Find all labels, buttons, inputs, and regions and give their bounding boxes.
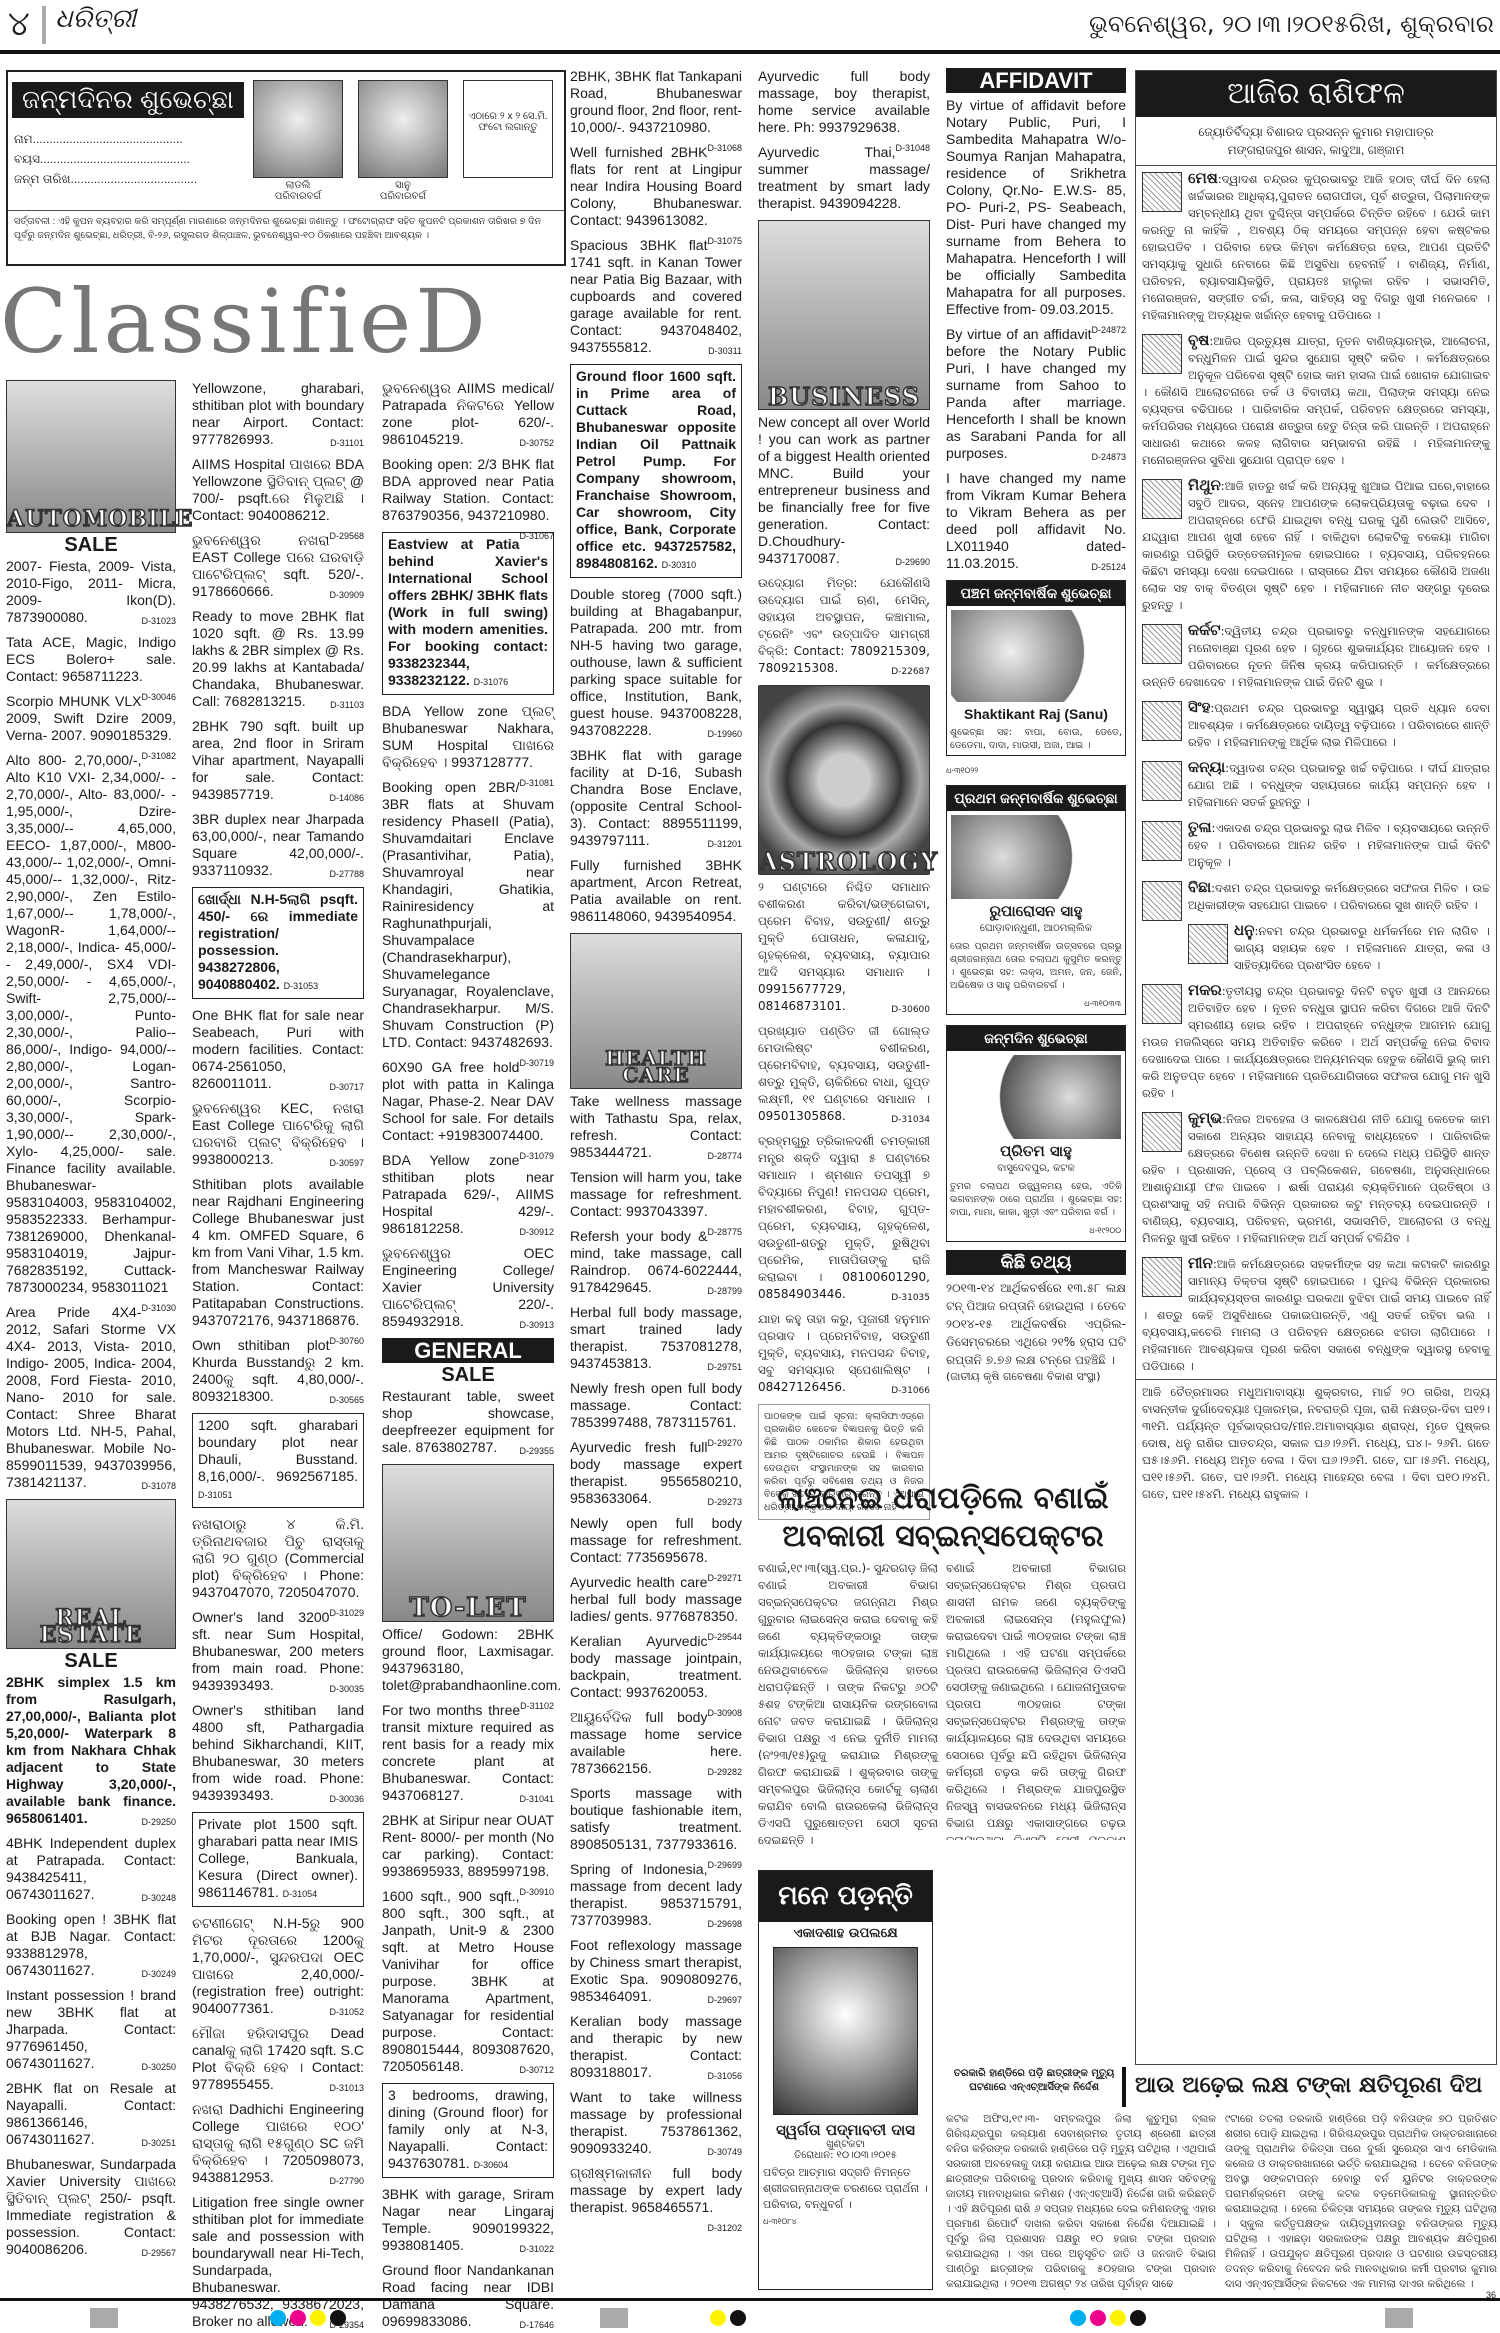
boxed-ad: Private plot 1500 sqft. gharabari patta …: [192, 1812, 364, 1907]
lion-icon: [1142, 701, 1182, 741]
classified-ad: ନଖରାଠାରୁ ୪ କି.ମି. ତ୍ରିନାଥବଜାର ପିଚୁ ରାସ୍ତ…: [192, 1516, 364, 1601]
news-body: ୯ଟାରେ ତତଲା ତରକାରି ହାଣ୍ଡିରେ ପଡ଼ି ବନିତାଙ୍କ…: [1225, 2112, 1497, 2292]
classified-ad: Owner's sthitiban land 4800 sft, Patharg…: [192, 1702, 364, 1804]
classified-ad: Office/ Godown: 2BHK ground floor, Laxmi…: [382, 1626, 554, 1694]
classified-ad: Spacious 3BHK flat 1741 sqft. in Kanan T…: [570, 237, 742, 356]
classified-ad: ନଖରା Dadhichi Engineering College ପାଖରେ …: [192, 2101, 364, 2186]
dob-field[interactable]: ଜନ୍ମ ତାରିଖ..............................…: [14, 172, 197, 187]
classified-ad: BDA Yellow zone ପ୍ଲଟ୍ Bhubaneswar Nakhar…: [382, 703, 554, 771]
classified-ad: Sports massage with boutique fashionable…: [570, 1785, 742, 1853]
classified-ad: 4BHK Independent duplex at Patrapada. Co…: [6, 1835, 176, 1903]
sale-heading: SALE: [6, 1653, 176, 1670]
classified-ad: Instant possession ! brand new 3BHK flat…: [6, 1987, 176, 2072]
astrologer-byline: ଜ୍ୟୋତିର୍ବିଦ୍ୟା ବିଶାରଦ ପ୍ରସନ୍ନ କୁମାର ମହାପ…: [1136, 117, 1496, 166]
classified-ad: Tension will harm you, take massage for …: [570, 1169, 742, 1220]
health-care-image: HEALTH CARE: [570, 933, 742, 1089]
coupon-terms: ସର୍ତ୍ତାବଳୀ : ଏହି କୁପନ ବ୍ୟବହାର କରି ସମ୍ପୂର…: [8, 210, 564, 247]
registration-bar: [90, 2308, 118, 2328]
column-business-astrology: Ayurvedic full body massage, boy therapi…: [758, 68, 930, 1520]
age-field[interactable]: ବୟସ.....................................…: [14, 152, 190, 167]
affidavit-heading: AFFIDAVIT: [946, 68, 1126, 93]
column-affidavit-greetings: AFFIDAVIT By virtue of affidavit before …: [946, 68, 1126, 1385]
classified-ad: ଭୁବନେଶ୍ୱର AIIMS medical/ Patrapada ନିକଟର…: [382, 380, 554, 448]
classified-ad: ଯାହା କହୁ ତାହା କରୁ, ପୂଜାରୀ ହନୁମାନ ପ୍ରସାଦ …: [758, 1311, 930, 1396]
horoscope-sign: ବିଛା:ଦଶମ ଚନ୍ଦ୍ର ପ୍ରଭାବରୁ କର୍ମକ୍ଷେତ୍ରରେ ସ…: [1136, 875, 1496, 918]
classified-ad: 3BR duplex near Jharpada 63,00,000/-, ne…: [192, 811, 364, 879]
affidavit-notice: By virtue of an affidavit before the Not…: [946, 326, 1126, 462]
photo-placeholder[interactable]: ଏଠାରେ ୨ x ୨ ସେ.ମି. ଫଟୋ ଲଗାନ୍ତୁ: [463, 80, 553, 178]
classified-ad: One BHK flat for sale near Seabeach, Pur…: [192, 1007, 364, 1092]
horoscope-sign: ଧନୁ:ନବମ ଚନ୍ଦ୍ର ପ୍ରଭାବରୁ ଧର୍ମକର୍ମରେ ମନ ଲା…: [1136, 918, 1496, 978]
boxed-ad: 3 bedrooms, drawing, dining (Ground floo…: [382, 2083, 554, 2178]
classified-ad: 3BHK flat with garage facility at D-16, …: [570, 747, 742, 849]
classified-ad: ୨ ଘଣ୍ଟାରେ ନିଶ୍ଚିତ ସମାଧାନ ବଶୀକରଣ କରିବା/ଭଙ…: [758, 879, 930, 1015]
column-to-let-health: 2BHK, 3BHK flat Tankapani Road, Bhubanes…: [570, 68, 742, 2237]
panji-almanac: ଆଜି ଚୈତ୍ରମାସର ମଧୁଅମାବାସ୍ୟା ଶୁକ୍ରବାର, ମାର…: [1136, 1379, 1496, 1507]
classified-ad: ବ୍ରହ୍ମଗୁରୁ ତ୍ରିକାଳଦର୍ଶୀ ଚମତ୍କାରୀ ମନ୍ତ୍ର …: [758, 1133, 930, 1303]
real-estate-image: REAL ESTATE: [6, 1499, 176, 1649]
archer-icon: [1188, 924, 1228, 964]
classified-ad: For two months three transit mixture req…: [382, 1702, 554, 1804]
automobile-image: AUTOMOBILE: [6, 380, 176, 533]
registration-bar: [600, 2308, 628, 2328]
child-photo-1: [253, 80, 343, 178]
classified-ad: Alto 800- 2,70,000/-, Alto K10 VXI- 2,34…: [6, 752, 176, 1296]
classified-ad: 2BHK at Siripur near OUAT Rent- 8000/- p…: [382, 1812, 554, 1880]
horoscope-title: ଆଜିର ରାଶିଫଳ: [1136, 71, 1496, 117]
boxed-ad: Eastview at Patia behind Xavier's Intern…: [382, 532, 554, 695]
classified-ad: New concept all over World ! you can wor…: [758, 414, 930, 567]
black-registration-dot: [730, 2310, 746, 2326]
classified-ad: 2BHK, 3BHK flat Tankapani Road, Bhubanes…: [570, 68, 742, 136]
classified-ad: ଗ୍ରୀଷ୍ମକାଳୀନ full body massage by expert…: [570, 2165, 742, 2216]
child-photo-2: [358, 80, 448, 178]
classified-ad: Booking open ! 3BHK flat at BJB Nagar. C…: [6, 1911, 176, 1979]
classified-ad: AIIMS Hospital ପାଖରେ BDA Yellowzone ସ୍ଥି…: [192, 456, 364, 524]
sale-heading: SALE: [6, 537, 176, 554]
goat-icon: [1142, 984, 1182, 1024]
news-headline: ଲାଞ୍ଚନେଇ ଧରାପଡ଼ିଲେ ବଣାଇଁ ଅବକାରୀ ସବ୍ଇନ୍ସପ…: [758, 1480, 1128, 1556]
black-registration-dot: [1130, 2310, 1146, 2326]
birthday-coupon: ଜନ୍ମଦିନର ଶୁଭେଚ୍ଛା ନାମ...................…: [6, 70, 566, 266]
news-body: ବଣାଇଁ,୧୯।୩(ସ୍ୱ.ପ୍ର.)- ସୁନ୍ଦରଗଡ଼ ଜିଲା ବଣା…: [758, 1560, 938, 1849]
horoscope-sign: ମିଥୁନ:ଆଜି ହାତରୁ ଖର୍ଚ୍ଚ କରି ଅନ୍ୟକୁ ଖୁଆଇ ପ…: [1136, 473, 1496, 618]
dateline: ଭୁବନେଶ୍ୱର, ୨୦।୩।୨୦୧୫ରିଖ, ଶୁକ୍ରବାର: [1089, 10, 1494, 38]
classified-ad: Area Pride 4X4- 2012, Safari Storme VX 4…: [6, 1304, 176, 1491]
memorial-notice: ମନେ ପଡ଼ନ୍ତି ଏକାଦଶାହ ଉପଲକ୍ଷେ ସ୍ୱର୍ଗତା ପଦ୍…: [758, 1870, 933, 2290]
column-real-estate-2: Yellowzone, gharabari, sthitiban plot wi…: [192, 380, 364, 2333]
classified-ad: ଉଦ୍ୟୋଗ ମିତ୍ର: ଯେକୌଣସି ଉଦ୍ୟୋଗ ପାଇଁ ଋଣ, ମେ…: [758, 575, 930, 677]
cyan-registration-dot: [270, 2310, 286, 2326]
newspaper-logo: ଧରିତ୍ରୀ: [55, 4, 136, 35]
classified-ad: Keralian body massage and therapic by ne…: [570, 2013, 742, 2081]
classified-ad: 1600 sqft., 900 sqft., 800 sqft., 300 sq…: [382, 1888, 554, 2075]
classified-ad: ପ୍ରଖ୍ୟାତ ପଣ୍ଡିତ ଜୀ ଗୋଲ୍ଡ ମେଡାଲିଷ୍ଟ ବଶୀକର…: [758, 1023, 930, 1125]
yellow-registration-dot: [310, 2310, 326, 2326]
boxed-ad: Ground floor 1600 sqft. in Prime area of…: [570, 364, 742, 578]
portrait-photo: [773, 1947, 918, 2115]
name-field[interactable]: ନାମ.....................................…: [14, 132, 183, 147]
greeting-card: ପ୍ରଥମ ଜନ୍ମବାର୍ଷିକ ଶୁଭେଚ୍ଛା ରୁପାରୋସନ ସାହୁ…: [946, 785, 1126, 1015]
news-kicker: ତରକାରି ହାଣ୍ଡିରେ ପଡ଼ି ଛାତ୍ରୀଙ୍କ ମୃତ୍ୟୁ ଘଟ…: [946, 2067, 1126, 2107]
horoscope-sign: ତୁଳା:ଏକାଦଶ ଚନ୍ଦ୍ର ପ୍ରଭାବରୁ ଲାଭ ମିଳିବ । ବ…: [1136, 815, 1496, 875]
divider: [42, 6, 46, 44]
classified-ad: Herbal full body massage, smart trained …: [570, 1304, 742, 1372]
child-photo: [951, 1055, 1121, 1139]
classified-ad: Newly fresh open full body massage. Cont…: [570, 1380, 742, 1431]
classified-ad: Fully furnished 3BHK apartment, Arcon Re…: [570, 857, 742, 925]
horoscope-sign: କର୍କଟ:ଦ୍ୱିତୀୟ ଚନ୍ଦ୍ର ପ୍ରଭାବରୁ ବନ୍ଧୁମାନଙ୍…: [1136, 618, 1496, 695]
coupon-title: ଜନ୍ମଦିନର ଶୁଭେଚ୍ଛା: [12, 82, 244, 118]
yellow-registration-dot: [1110, 2310, 1126, 2326]
page-marker: 36: [1486, 2290, 1496, 2300]
classified-ad: Take wellness massage with Tathastu Spa,…: [570, 1093, 742, 1161]
horoscope-sign: ସିଂହ:ପ୍ରଥମ ଚନ୍ଦ୍ର ପ୍ରଭାବରୁ ସ୍ୱାସ୍ଥ୍ୟ ପ୍ର…: [1136, 695, 1496, 755]
twins-icon: [1142, 479, 1182, 519]
child-photo: [951, 610, 1121, 702]
classified-ad: ଭୁବନେଶ୍ୱର OEC Engineering College/ Xavie…: [382, 1245, 554, 1330]
magenta-registration-dot: [1090, 2310, 1106, 2326]
horoscope-sign: କୁମ୍ଭ:ନିଜର ଅବହେଳା ଓ କାଳକ୍ଷେପଣ ନୀତି ଯୋଗୁ …: [1136, 1106, 1496, 1251]
news-body: କଟକ ଅଫିସ,୧୯।୩- ସମ୍ବଲପୁର ଜିଲା କୁଚୁମୁରା ବ୍…: [946, 2112, 1216, 2292]
page-number: ୪: [8, 4, 30, 44]
column-real-estate-3: ଭୁବନେଶ୍ୱର AIIMS medical/ Patrapada ନିକଟର…: [382, 380, 554, 2333]
black-registration-dot: [330, 2310, 346, 2326]
boxed-ad: 1200 sqft. gharabari boundary plot near …: [192, 1413, 364, 1508]
horoscope-sign: ମୀନ:ଆଜି କର୍ମକ୍ଷେତ୍ରରେ ସହକର୍ମୀଙ୍କ ସହ କଥା …: [1136, 1251, 1496, 1379]
classified-ad: Sthitiban plots available near Rajdhani …: [192, 1176, 364, 1329]
fish-icon: [1142, 1257, 1182, 1297]
classified-ad: ମୌଜା ହରିଦାସପୁର Dead canalକୁ ଲାଗି 17420 s…: [192, 2025, 364, 2093]
news-body: ବଣାଇଁ ଅବକାରୀ ବିଭାଗର ସବ୍ଇନ୍ସପେକ୍ଟର ମିଶ୍ର …: [946, 1560, 1126, 1840]
classified-ad: Tata ACE, Magic, Indigo ECS Bolero+ sale…: [6, 634, 176, 685]
classified-ad: 2BHK 790 sqft. built up area, 2nd floor …: [192, 718, 364, 803]
classified-ad: Ground floor Nandankanan Road facing nea…: [382, 2262, 554, 2330]
yellow-registration-dot: [710, 2310, 726, 2326]
classified-ad: 3BHK with garage, Sriram Nagar near Ling…: [382, 2186, 554, 2254]
boxed-ad: ଖୋର୍ଦ୍ଧା N.H-5ଲାଗି psqft. 450/- ରେ immed…: [192, 887, 364, 999]
classified-ad: Bhubaneswar, Sundarpada Xavier Universit…: [6, 2156, 176, 2258]
classified-ad: 2007- Fiesta, 2009- Vista, 2010-Figo, 20…: [6, 558, 176, 626]
masthead: ୪ ଧରିତ୍ରୀ ଭୁବନେଶ୍ୱର, ୨୦।୩।୨୦୧୫ରିଖ, ଶୁକ୍ର…: [0, 0, 1500, 50]
cyan-registration-dot: [1070, 2310, 1086, 2326]
column-automobile: AUTOMOBILE SALE 2007- Fiesta, 2009- Vist…: [6, 380, 176, 2266]
scorpion-icon: [1142, 881, 1182, 921]
water-bearer-icon: [1142, 1112, 1182, 1152]
photo-caption-2: ସାନୁ ପରିବାରବର୍ଗ: [358, 180, 448, 202]
general-heading: GENERAL: [382, 1338, 554, 1363]
classified-ad: Newly open full body massage for refresh…: [570, 1515, 742, 1566]
classified-ad: Double storeg (7000 sqft.) building at B…: [570, 586, 742, 739]
child-photo: [951, 815, 1121, 899]
facts-text: ୨୦୧୩-୧୪ ଆର୍ଥିକବର୍ଷରେ ୧୩.୫୮ ଲକ୍ଷ ଟନ୍ ପିଆଜ…: [946, 1279, 1126, 1369]
classified-banner: ClassifieD: [0, 270, 560, 370]
masthead-rule: [0, 50, 1500, 54]
classified-ad: Booking open 2BR/ 3BR flats at Shuvam re…: [382, 779, 554, 1051]
crab-icon: [1142, 624, 1182, 664]
magenta-registration-dot: [290, 2310, 306, 2326]
horoscope-sign: ମକର:ତୃତୀୟସ୍ଥ ଚନ୍ଦ୍ର ପ୍ରଭାବରୁ ଦିନଟି ବହୁତ …: [1136, 978, 1496, 1106]
classified-ad: Ready to move 2BHK flat 1020 sqft. @ Rs.…: [192, 608, 364, 710]
ram-icon: [1142, 172, 1182, 212]
horoscope-sign: ମେଷ:ଦ୍ୱାଦଶ ଚନ୍ଦ୍ରର କୁପ୍ରଭାବରୁ ଆଜି ହଠାତ୍ …: [1136, 166, 1496, 328]
registration-bar: [1385, 2308, 1413, 2328]
astrology-image: ASTROLOGY: [758, 685, 930, 875]
footer-rule: [0, 2298, 1500, 2301]
facts-heading: କିଛି ତଥ୍ୟ: [946, 1250, 1126, 1275]
classified-ad: Yellowzone, gharabari, sthitiban plot wi…: [192, 380, 364, 448]
affidavit-notice: By virtue of affidavit before Notary Pub…: [946, 97, 1126, 318]
horoscope-sign: କନ୍ୟା:ଦ୍ୱାଦଶ ଚନ୍ଦ୍ର ପ୍ରଭାବରୁ ଖର୍ଚ୍ଚ ବଢ଼ି…: [1136, 755, 1496, 815]
photo-caption-1: ଲାଡଲି ପରିବାରବର୍ଗ: [253, 180, 343, 202]
business-image: BUSINESS: [758, 220, 930, 410]
bull-icon: [1142, 334, 1182, 374]
classified-ad: 2BHK simplex 1.5 km from Rasulgarh, 27,0…: [6, 1674, 176, 1827]
to-let-image: TO-LET: [382, 1464, 554, 1622]
classified-ad: ଚଟଣୀଗେଟ୍ N.H-5ରୁ 900 ମିଟର ଦୂରତାରେ 1200କୁ…: [192, 1915, 364, 2017]
greeting-card: ଜନ୍ମଦିନ ଶୁଭେଚ୍ଛା ପ୍ରିତମ ସାହୁ ବାସୁଦେବପୁର,…: [946, 1025, 1126, 1242]
scales-icon: [1142, 821, 1182, 861]
classified-ad: Restaurant table, sweet shop showcase, d…: [382, 1388, 554, 1456]
classified-ad: 2BHK flat on Resale at Nayapalli. Contac…: [6, 2080, 176, 2148]
greeting-card: ପଞ୍ଚମ ଜନ୍ମବାର୍ଷିକ ଶୁଭେଚ୍ଛା Shaktikant Ra…: [946, 580, 1126, 756]
maiden-icon: [1142, 761, 1182, 801]
classified-ad: Ayurvedic full body massage, boy therapi…: [758, 68, 930, 136]
news-headline: ଆଉ ଅଢ଼େଇ ଲକ୍ଷ ଟଙ୍କା କ୍ଷତିପୂରଣ ଦିଅ: [1135, 2067, 1497, 2105]
horoscope-panel: ଆଜିର ରାଶିଫଳ ଜ୍ୟୋତିର୍ବିଦ୍ୟା ବିଶାରଦ ପ୍ରସନ୍…: [1135, 70, 1497, 2065]
classified-ad: Booking open: 2/3 BHK flat BDA approved …: [382, 456, 554, 524]
affidavit-notice: I have changed my name from Vikram Kumar…: [946, 470, 1126, 572]
classified-ad: Want to take willness massage by profess…: [570, 2089, 742, 2157]
classified-ad: Foot reflexology massage by Chiness smar…: [570, 1937, 742, 2005]
classified-ad: ଭୁବନେଶ୍ୱର KEC, ନଖରା East College ପାଟେରିକ…: [192, 1100, 364, 1168]
sale-heading: SALE: [382, 1367, 554, 1384]
horoscope-sign: ବୃଷ:ଆଜିର ପ୍ରତ୍ୟୁଷ ଯାତ୍ରା, ନୂତନ ବାଣିଜ୍ୟାର…: [1136, 328, 1496, 473]
facts-source: (ଜାତୀୟ କୃଷି ଗବେଷଣା ବିକାଶ ସଂସ୍ଥା): [946, 1369, 1126, 1385]
